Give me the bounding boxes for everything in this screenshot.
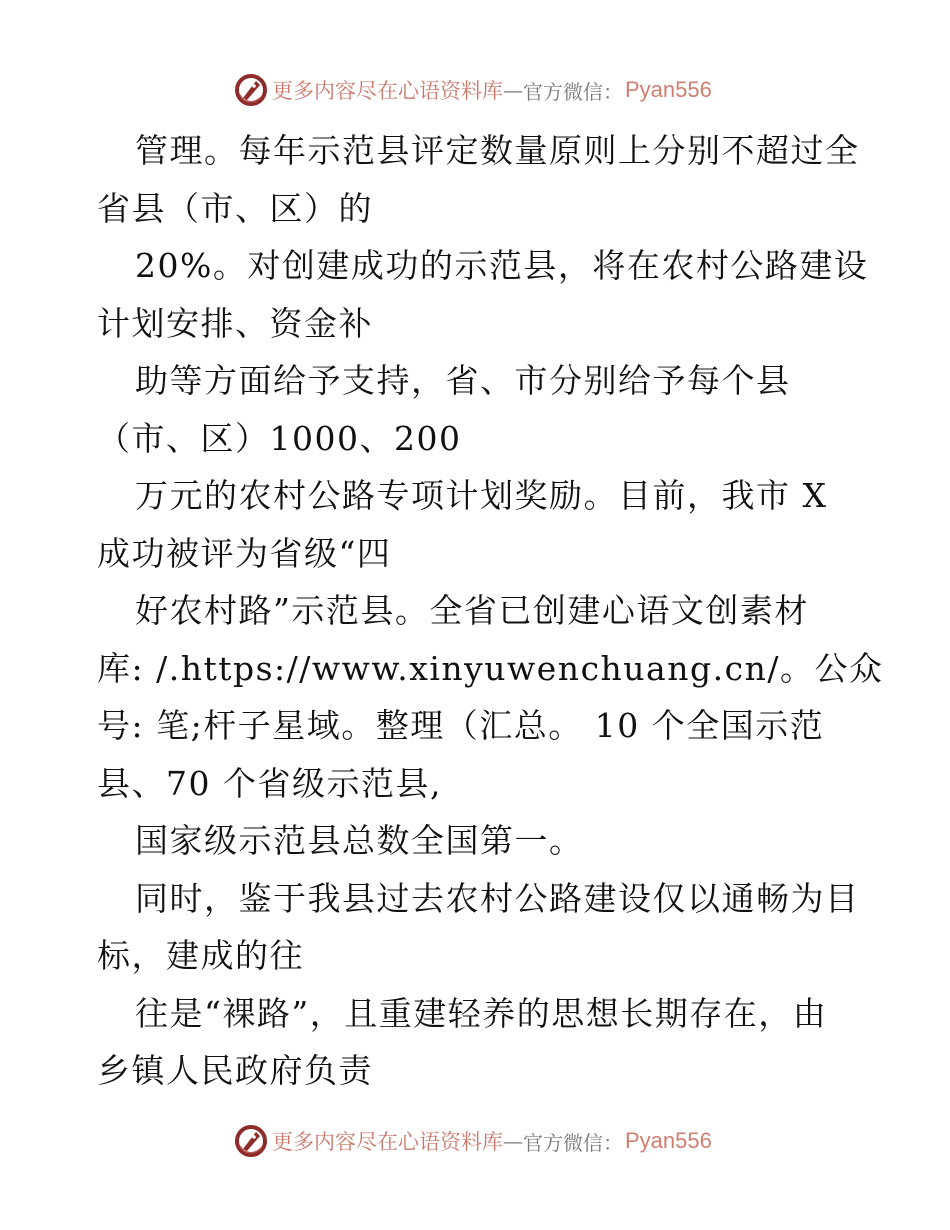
pen-nib-logo-icon — [234, 1124, 268, 1158]
text-line: 县、70 个省级示范县, — [97, 755, 867, 813]
banner-promo-text: 更多内容尽在心语资料库 — [272, 75, 503, 105]
text-line: 乡镇人民政府负责 — [97, 1042, 867, 1100]
text-line: 20%。对创建成功的示范县，将在农村公路建设 — [97, 237, 867, 295]
banner-wechat-id: Pyan556 — [625, 77, 712, 103]
banner-wechat-label: 官方微信： — [523, 1127, 623, 1156]
text-line: 往是“裸路”，且重建轻养的思想长期存在，由 — [97, 985, 867, 1043]
pen-nib-logo-icon — [234, 73, 268, 107]
text-line: 助等方面给予支持，省、市分别给予每个县 — [97, 352, 867, 410]
text-line: 号: 笔;杆子星域。整理（汇总。 10 个全国示范 — [97, 697, 867, 755]
footer-banner: 更多内容尽在心语资料库 — 官方微信： Pyan556 — [234, 1123, 712, 1159]
banner-promo-text: 更多内容尽在心语资料库 — [272, 1126, 503, 1156]
banner-dash: — — [503, 78, 523, 102]
text-line: 万元的农村公路专项计划奖励。目前，我市 X — [97, 467, 867, 525]
text-line: 国家级示范县总数全国第一。 — [97, 812, 867, 870]
text-line: （市、区）1000、200 — [97, 410, 867, 468]
text-line: 好农村路”示范县。全省已创建心语文创素材 — [97, 582, 867, 640]
header-banner: 更多内容尽在心语资料库 — 官方微信： Pyan556 — [234, 72, 712, 108]
text-line: 同时，鉴于我县过去农村公路建设仅以通畅为目 — [97, 870, 867, 928]
text-line: 库: /.https://www.xinyuwenchuang.cn/。公众 — [97, 640, 867, 698]
text-line: 管理。每年示范县评定数量原则上分别不超过全 — [97, 122, 867, 180]
text-line: 成功被评为省级“四 — [97, 525, 867, 583]
text-line: 标，建成的往 — [97, 927, 867, 985]
text-line: 计划安排、资金补 — [97, 295, 867, 353]
banner-wechat-id: Pyan556 — [625, 1128, 712, 1154]
banner-dash: — — [503, 1129, 523, 1153]
text-line: 省县（市、区）的 — [97, 180, 867, 238]
document-body: 管理。每年示范县评定数量原则上分别不超过全 省县（市、区）的 20%。对创建成功… — [97, 122, 867, 1100]
banner-wechat-label: 官方微信： — [523, 76, 623, 105]
